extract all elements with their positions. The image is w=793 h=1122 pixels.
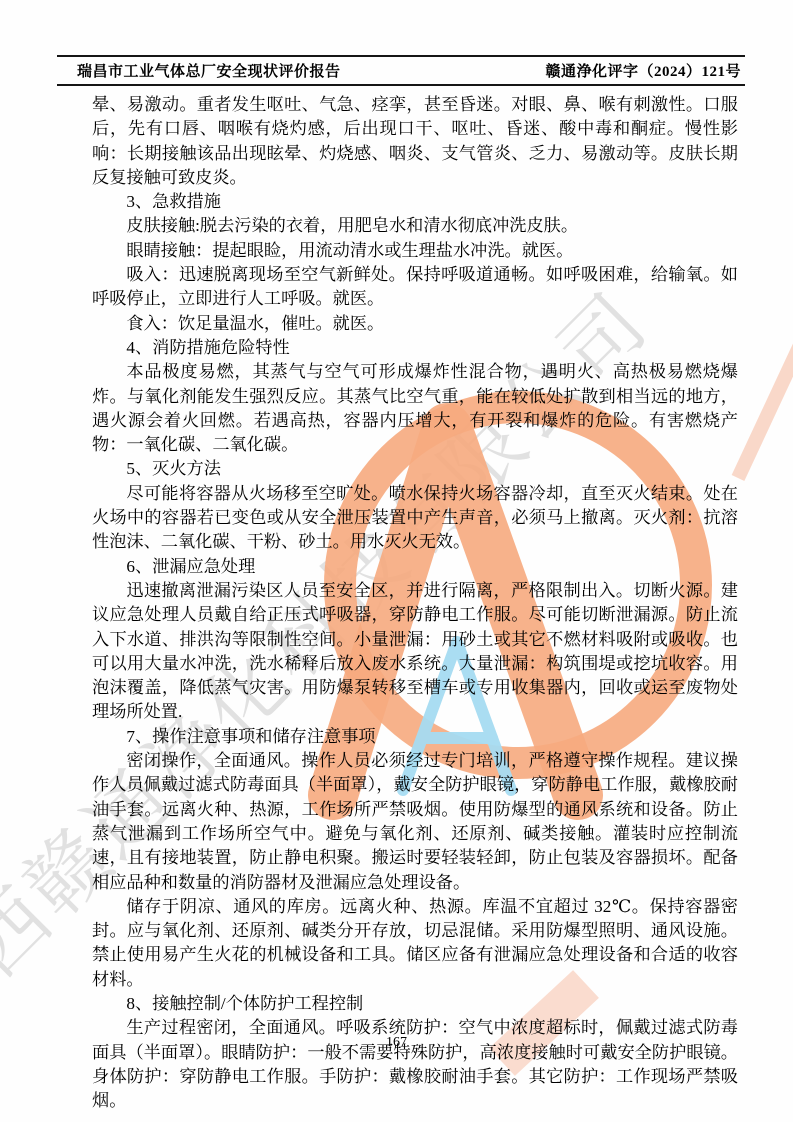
paragraph: 8、接触控制/个体防护工程控制	[92, 992, 738, 1016]
document-page: 江西赣通浄化科技有限公司 瑞昌市工业气体总厂安全现状评价报告 赣通浄化评字（20…	[0, 0, 793, 1122]
paragraph: 晕、易激动。重者发生呕吐、气急、痉挛，甚至昏迷。对眼、鼻、喉有刺激性。口服后，先…	[92, 93, 738, 190]
paragraph: 眼睛接触：提起眼睑，用流动清水或生理盐水冲洗。就医。	[92, 239, 738, 263]
page-footer: 167	[0, 1035, 793, 1051]
paragraph: 4、消防措施危险特性	[92, 336, 738, 360]
paragraph: 吸入：迅速脱离现场至空气新鲜处。保持呼吸道通畅。如呼吸困难，给输氧。如呼吸停止，…	[92, 263, 738, 312]
page-number: 167	[386, 1035, 407, 1050]
paragraph: 密闭操作，全面通风。操作人员必须经过专门培训，严格遵守操作规程。建议操作人员佩戴…	[92, 749, 738, 895]
paragraph: 储存于阴凉、通风的库房。远离火种、热源。库温不宜超过 32℃。保持容器密封。应与…	[92, 895, 738, 992]
header-doc-number: 赣通浄化评字（2024）121号	[545, 60, 743, 81]
paragraph: 5、灭火方法	[92, 457, 738, 481]
paragraph: 生产过程密闭，全面通风。呼吸系统防护：空气中浓度超标时，佩戴过滤式防毒面具（半面…	[92, 1016, 738, 1113]
document-body: 晕、易激动。重者发生呕吐、气急、痉挛，甚至昏迷。对眼、鼻、喉有刺激性。口服后，先…	[92, 93, 738, 1113]
paragraph: 3、急救措施	[92, 190, 738, 214]
paragraph: 食入：饮足量温水，催吐。就医。	[92, 312, 738, 336]
watermark-pink-band-icon	[738, 345, 793, 478]
header-report-title: 瑞昌市工业气体总厂安全现状评价报告	[59, 60, 341, 81]
paragraph: 6、泄漏应急处理	[92, 555, 738, 579]
paragraph: 7、操作注意事项和储存注意事项	[92, 725, 738, 749]
paragraph: 皮肤接触:脱去污染的衣着，用肥皂水和清水彻底冲洗皮肤。	[92, 214, 738, 238]
paragraph: 本品极度易燃，其蒸气与空气可形成爆炸性混合物，遇明火、高热极易燃烧爆炸。与氧化剂…	[92, 360, 738, 457]
page-header: 瑞昌市工业气体总厂安全现状评价报告 赣通浄化评字（2024）121号	[57, 55, 745, 86]
paragraph: 尽可能将容器从火场移至空旷处。喷水保持火场容器冷却，直至灭火结束。处在火场中的容…	[92, 482, 738, 555]
paragraph: 迅速撤离泄漏污染区人员至安全区，并进行隔离，严格限制出入。切断火源。建议应急处理…	[92, 579, 738, 725]
